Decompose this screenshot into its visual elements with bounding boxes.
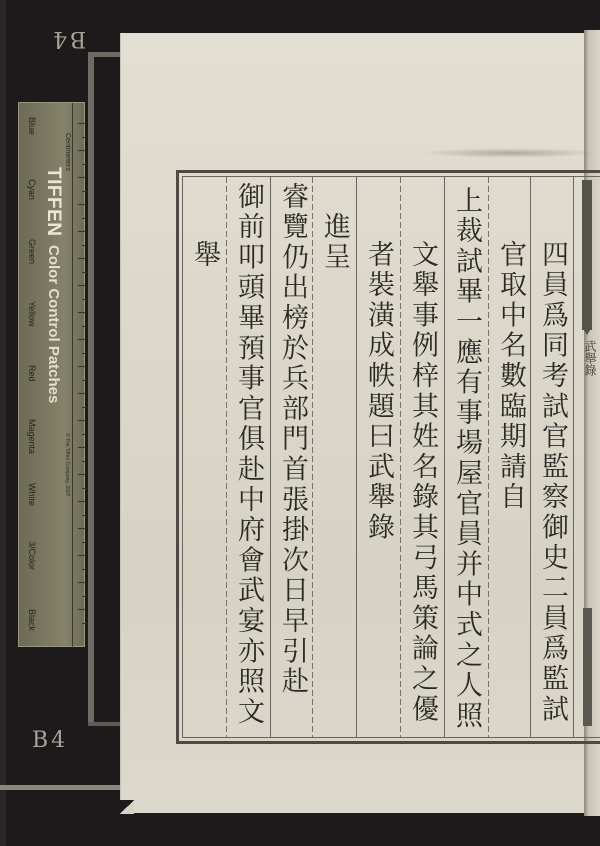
ruler-half-tick [82,434,86,435]
ruler-tick [78,177,86,178]
ruler-half-tick [82,164,86,165]
ruler-tick [78,447,86,448]
text-column-1: 四員爲同考試官監察御史二員爲監試 [536,240,568,725]
ruler-half-tick [82,299,86,300]
column-rule [356,177,357,737]
strip-title: Color Control Patches [45,245,62,403]
ruler-tick [78,420,86,421]
holder-frame-bottom [0,785,120,790]
ruler-half-tick [82,380,86,381]
ruler-half-tick [82,623,86,624]
text-column-2: 官取中名數臨期請自 [494,240,526,513]
patch-label-yellow: Yellow [27,301,37,327]
ruler-half-tick [82,353,86,354]
ruler-tick [78,150,86,151]
holder-frame-side [88,52,94,724]
ruler-tick [78,582,86,583]
patch-label-black: Black [27,609,37,631]
column-rule [400,177,401,737]
ruler-tick [78,231,86,232]
ruler-half-tick [82,569,86,570]
patch-label-green: Green [27,239,37,264]
text-column-5: 者裝潢成帙題曰武舉錄 [362,240,394,543]
patch-label-cyan: Cyan [27,179,37,200]
ruler-tick [78,393,86,394]
ruler-tick [78,285,86,286]
ruler-half-tick [82,488,86,489]
position-label-top: B4 [50,26,86,51]
brand-logo: TIFFEN [42,167,64,237]
fishtail-block-bottom [583,608,592,726]
fishtail-block-top [582,180,592,330]
ruler-tick [78,258,86,259]
ink-stain [420,148,600,158]
copyright-text: © The Tiffen Company, 2007 [64,433,70,496]
ruler-half-tick [82,218,86,219]
text-column-4: 文舉事例梓其姓名錄其弓馬策論之優 [406,240,438,725]
column-rule [226,177,227,737]
patch-label-3color: 3/Color [27,541,37,570]
ruler-half-tick [82,137,86,138]
patch-labels: Blue Cyan Green Yellow Red Magenta White… [23,117,37,647]
center-column-title: 武舉錄 [583,340,597,376]
centimeter-ruler [72,103,86,648]
text-column-3: 上裁試畢一應有事場屋官員并中式之人照 [450,186,482,731]
ruler-half-tick [82,191,86,192]
ruler-tick [78,339,86,340]
ruler-half-tick [82,596,86,597]
patch-label-white: White [27,483,37,506]
column-rule [573,177,574,737]
ruler-half-tick [82,326,86,327]
patch-label-red: Red [27,365,37,382]
ruler-tick [78,204,86,205]
ruler-half-tick [82,245,86,246]
page-corner-fold [120,800,134,814]
ruler-tick [78,366,86,367]
text-column-7: 睿覽仍出榜於兵部門首張掛次日早引赴 [276,182,308,697]
ruler-tick [78,609,86,610]
column-rule [270,177,271,737]
ruler-half-tick [82,515,86,516]
ruler-half-tick [82,461,86,462]
board-edge [0,0,6,846]
position-label-bottom: B4 [32,728,68,753]
ruler-units-label: Centimeters [64,133,71,171]
text-column-6: 進呈 [318,212,350,273]
text-column-8: 御前叩頭畢預事官俱赴中府會武宴亦照文 [232,182,264,727]
column-rule [488,177,489,737]
ruler-half-tick [82,542,86,543]
fishtail-mark [582,327,592,335]
ruler-tick [78,528,86,529]
text-column-9: 舉 [188,240,220,270]
ruler-tick [78,312,86,313]
holder-frame-corner [88,722,120,726]
ruler-tick [78,555,86,556]
column-rule [530,177,531,737]
color-control-strip: Centimeters TIFFEN Color Control Patches… [18,102,85,647]
ruler-tick [78,123,86,124]
ruler-tick [78,474,86,475]
patch-label-magenta: Magenta [27,419,37,454]
ruler-half-tick [82,407,86,408]
ruler-tick [78,501,86,502]
column-rule [444,177,445,737]
ruler-half-tick [82,272,86,273]
patch-label-blue: Blue [27,117,37,135]
column-rule [312,177,313,737]
